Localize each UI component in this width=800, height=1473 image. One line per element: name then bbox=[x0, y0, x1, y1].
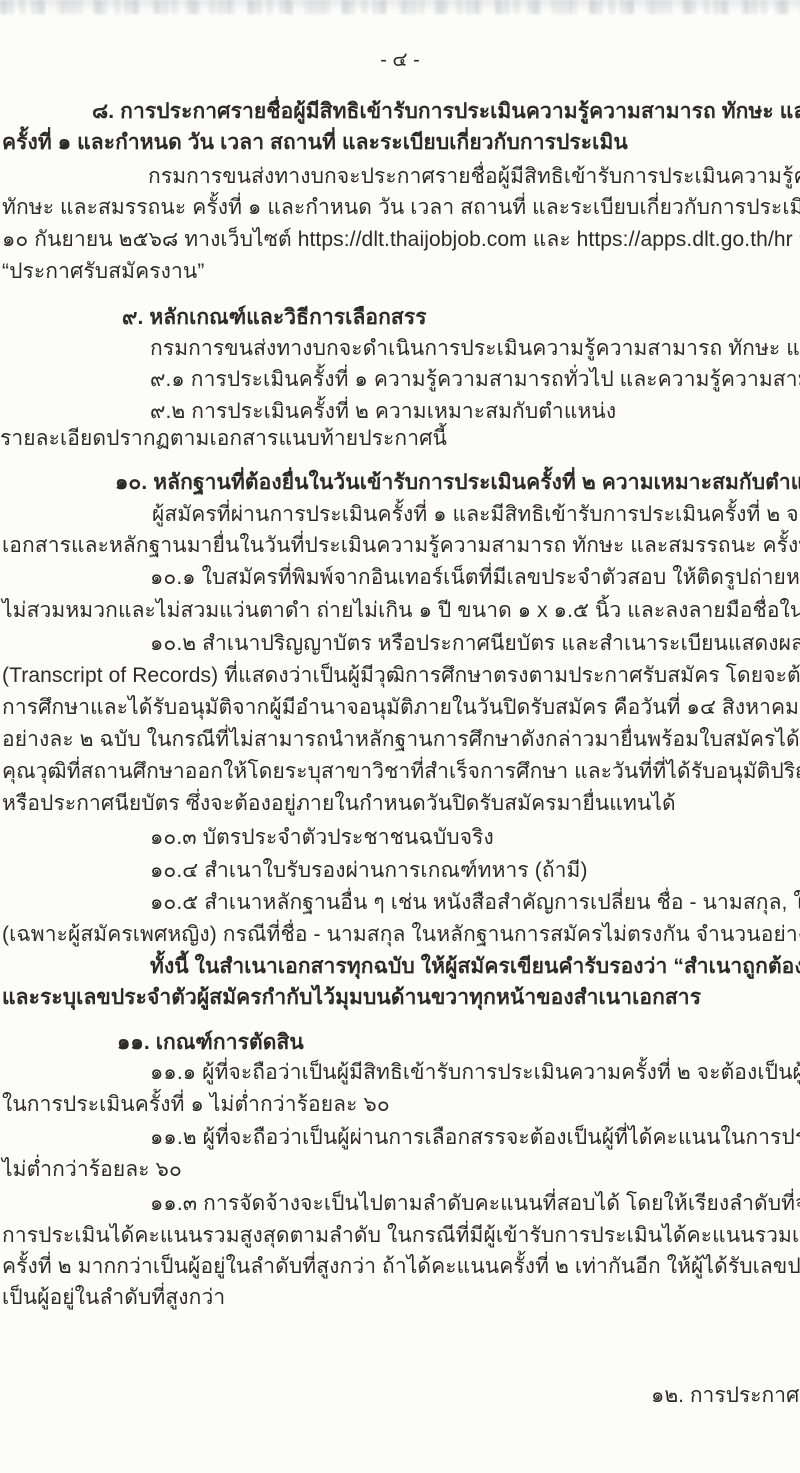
section-11-body-line: เป็นผู้อยู่ในลำดับที่สูงกว่า bbox=[2, 1283, 225, 1313]
page-continuation-marker: ๑๒. การประกาศ... bbox=[651, 1381, 800, 1411]
section-8-body-line: กรมการขนส่งทางบกจะประกาศรายชื่อผู้มีสิทธ… bbox=[148, 162, 800, 192]
section-11-body-line: การประเมินได้คะแนนรวมสูงสุดตามลำดับ ในกร… bbox=[2, 1221, 800, 1251]
section-10-heading: ๑๐. หลักฐานที่ต้องยื่นในวันเข้ารับการประ… bbox=[115, 468, 800, 498]
section-11-item-11-3: ๑๑.๓ การจัดจ้างจะเป็นไปตามลำดับคะแนนที่ส… bbox=[150, 1189, 800, 1219]
section-11-body-line: ครั้งที่ ๒ มากกว่าเป็นผู้อยู่ในลำดับที่ส… bbox=[2, 1252, 800, 1282]
section-11-item-11-1: ๑๑.๑ ผู้ที่จะถือว่าเป็นผู้มีสิทธิเข้ารับ… bbox=[150, 1058, 800, 1088]
section-10-body-line: (Transcript of Records) ที่แสดงว่าเป็นผู… bbox=[2, 661, 800, 691]
section-8-heading-line1: ๘. การประกาศรายชื่อผู้มีสิทธิเข้ารับการป… bbox=[92, 97, 800, 127]
page-number: - ๔ - bbox=[0, 46, 800, 74]
section-10-body-line: อย่างละ ๒ ฉบับ ในกรณีที่ไม่สามารถนำหลักฐ… bbox=[2, 725, 800, 755]
section-10-note-line2: และระบุเลขประจำตัวผู้สมัครกำกับไว้มุมบนด… bbox=[2, 983, 701, 1013]
section-11-item-11-2: ๑๑.๒ ผู้ที่จะถือว่าเป็นผู้ผ่านการเลือกสร… bbox=[150, 1123, 800, 1153]
scanned-document-page: - ๔ - ๘. การประกาศรายชื่อผู้มีสิทธิเข้าร… bbox=[0, 0, 800, 1473]
section-10-body-line: เอกสารและหลักฐานมายื่นในวันที่ประเมินควา… bbox=[2, 531, 800, 561]
section-11-heading: ๑๑. เกณฑ์การตัดสิน bbox=[117, 1028, 304, 1058]
section-9-item-9-2: ๙.๒ การประเมินครั้งที่ ๒ ความเหมาะสมกับต… bbox=[150, 397, 616, 427]
section-10-item-10-5: ๑๐.๕ สำเนาหลักฐานอื่น ๆ เช่น หนังสือสำคั… bbox=[150, 888, 800, 918]
section-8-body-line: ทักษะ และสมรรถนะ ครั้งที่ ๑ และกำหนด วัน… bbox=[2, 193, 800, 223]
section-10-body-line: หรือประกาศนียบัตร ซึ่งจะต้องอยู่ภายในกำห… bbox=[2, 789, 676, 819]
section-11-body-line: ไม่ต่ำกว่าร้อยละ ๖๐ bbox=[2, 1155, 182, 1185]
section-10-body-line: (เฉพาะผู้สมัครเพศหญิง) กรณีที่ชื่อ - นาม… bbox=[2, 920, 800, 950]
section-10-note-line1: ทั้งนี้ ในสำเนาเอกสารทุกฉบับ ให้ผู้สมัคร… bbox=[150, 952, 800, 982]
section-11-body-line: ในการประเมินครั้งที่ ๑ ไม่ต่ำกว่าร้อยละ … bbox=[2, 1090, 390, 1120]
section-8-body-line-urls: ๑๐ กันยายน ๒๕๖๘ ทางเว็บไซต์ https://dlt.… bbox=[2, 225, 800, 255]
section-10-body-line: การศึกษาและได้รับอนุมัติจากผู้มีอำนาจอนุ… bbox=[2, 693, 800, 723]
section-9-item-9-1: ๙.๑ การประเมินครั้งที่ ๑ ความรู้ความสามา… bbox=[150, 365, 800, 395]
section-8-heading-line2: ครั้งที่ ๑ และกำหนด วัน เวลา สถานที่ และ… bbox=[2, 128, 628, 158]
section-10-item-10-3: ๑๐.๓ บัตรประจำตัวประชาชนฉบับจริง bbox=[150, 823, 494, 853]
section-9-body-line: กรมการขนส่งทางบกจะดำเนินการประเมินความรู… bbox=[150, 334, 800, 364]
section-10-item-10-4: ๑๐.๔ สำเนาใบรับรองผ่านการเกณฑ์ทหาร (ถ้าม… bbox=[150, 856, 588, 886]
section-10-item-10-2: ๑๐.๒ สำเนาปริญญาบัตร หรือประกาศนียบัตร แ… bbox=[150, 629, 800, 659]
section-9-heading: ๙. หลักเกณฑ์และวิธีการเลือกสรร bbox=[122, 303, 427, 333]
section-10-body-line: ผู้สมัครที่ผ่านการประเมินครั้งที่ ๑ และม… bbox=[152, 500, 800, 530]
section-9-body-line: รายละเอียดปรากฏตามเอกสารแนบท้ายประกาศนี้ bbox=[0, 424, 447, 454]
section-8-body-line: “ประกาศรับสมัครงาน” bbox=[2, 257, 204, 287]
section-10-body-line: ไม่สวมหมวกและไม่สวมแว่นตาดำ ถ่ายไม่เกิน … bbox=[2, 596, 800, 626]
section-10-item-10-1: ๑๐.๑ ใบสมัครที่พิมพ์จากอินเทอร์เน็ตที่มี… bbox=[150, 563, 800, 593]
section-10-body-line: คุณวุฒิที่สถานศึกษาออกให้โดยระบุสาขาวิชา… bbox=[2, 757, 800, 787]
scan-edge-artifact bbox=[0, 0, 800, 14]
